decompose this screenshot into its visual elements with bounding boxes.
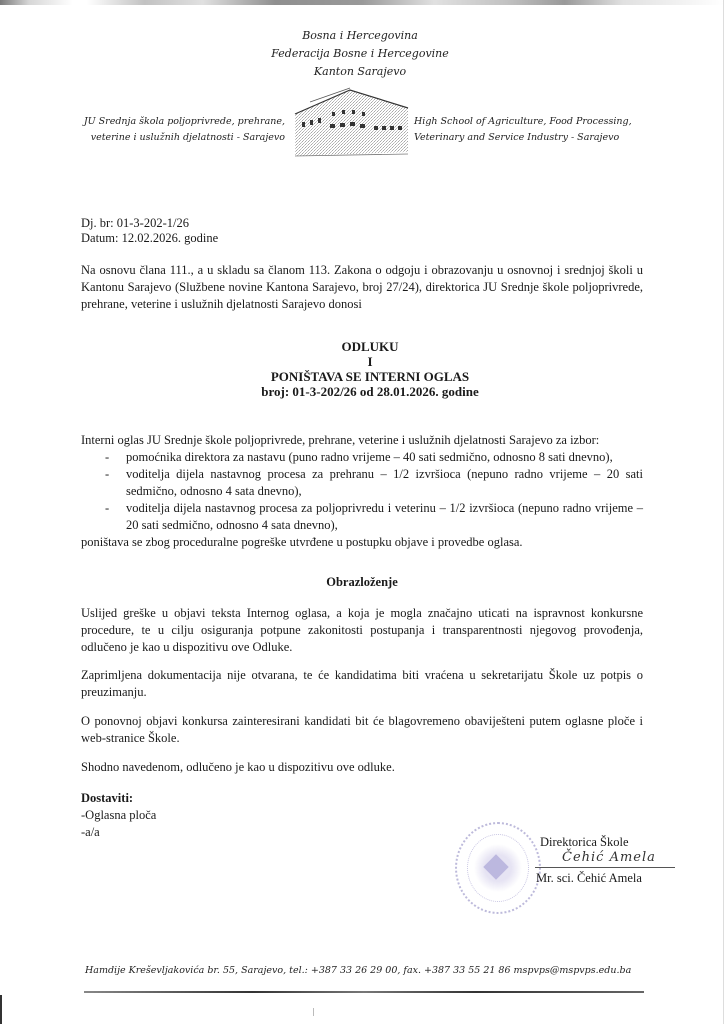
list-item: -pomoćnika direktora za nastavu (puno ra… (81, 449, 643, 466)
title-annulment: PONIŠTAVA SE INTERNI OGLAS (180, 369, 560, 384)
scan-edge-top (0, 0, 724, 5)
delivery-heading: Dostaviti: (81, 790, 156, 807)
document-date: Datum: 12.02.2026. godine (81, 231, 218, 246)
reasoning-heading: Obrazloženje (81, 575, 643, 590)
decision-title: ODLUKU I PONIŠTAVA SE INTERNI OGLAS broj… (180, 339, 560, 399)
bullet-dash-icon: - (105, 449, 109, 466)
reasoning-paragraph-3: O ponovnoj objavi konkursa zainteresiran… (81, 713, 643, 747)
title-conjunction: I (180, 354, 560, 369)
reference-number: Dj. br: 01-3-202-1/26 (81, 216, 218, 231)
school-building-icon (290, 84, 412, 160)
reasoning-paragraph-4: Shodno navedenom, odlučeno je kao u disp… (81, 759, 643, 776)
letterhead-canton: Kanton Sarajevo (200, 63, 520, 81)
school-name-english-line-2: Veterinary and Service Industry - Saraje… (414, 130, 714, 146)
handwritten-signature: Čehić Amela (562, 849, 692, 869)
preamble: Na osnovu člana 111., a u skladu sa član… (81, 262, 643, 313)
signature-block: Direktorica Škole Čehić Amela Mr. sci. Č… (540, 834, 629, 851)
list-item: -voditelja dijela nastavnog procesa za p… (81, 500, 643, 534)
decision-outro: poništava se zbog proceduralne pogreške … (81, 534, 643, 551)
scan-edge-bottom-left (0, 995, 2, 1024)
reasoning-paragraph-1: Uslijed greške u objavi teksta Internog … (81, 605, 643, 656)
list-item: -voditelja dijela nastavnog procesa za p… (81, 466, 643, 500)
bullet-dash-icon: - (105, 466, 109, 483)
position-text: voditelja dijela nastavnog procesa za pr… (126, 467, 643, 498)
letterhead-country: Bosna i Hercegovina (200, 27, 520, 45)
letterhead-authority: Bosna i Hercegovina Federacija Bosne i H… (200, 27, 520, 81)
signatory-name: Mr. sci. Čehić Amela (536, 870, 642, 887)
official-stamp-icon (455, 822, 541, 914)
school-name-local-line-1: JU Srednja škola poljoprivrede, prehrane… (60, 114, 285, 130)
school-name-english-line-1: High School of Agriculture, Food Process… (414, 114, 714, 130)
title-odluku: ODLUKU (180, 339, 560, 354)
footer-address: Hamdije Kreševljakovića br. 55, Sarajevo… (85, 965, 645, 976)
footer-divider (84, 991, 644, 993)
decision-intro: Interni oglas JU Srednje škole poljopriv… (81, 432, 643, 449)
signature-line (535, 867, 675, 868)
decision-body: Interni oglas JU Srednje škole poljopriv… (81, 432, 643, 551)
letterhead-school-name-local: JU Srednja škola poljoprivrede, prehrane… (60, 114, 285, 146)
delivery-item: -a/a (81, 824, 156, 841)
delivery-list: Dostaviti: -Oglasna ploča -a/a (81, 790, 156, 841)
title-ad-number: broj: 01-3-202/26 od 28.01.2026. godine (180, 384, 560, 399)
bullet-dash-icon: - (105, 500, 109, 517)
letterhead-school-name-english: High School of Agriculture, Food Process… (414, 114, 714, 146)
scan-speck (313, 1008, 314, 1016)
position-text: voditelja dijela nastavnog procesa za po… (126, 501, 643, 532)
document-meta: Dj. br: 01-3-202-1/26 Datum: 12.02.2026.… (81, 216, 218, 246)
school-name-local-line-2: veterine i uslužnih djelatnosti - Saraje… (60, 130, 285, 146)
position-list: -pomoćnika direktora za nastavu (puno ra… (81, 449, 643, 534)
position-text: pomoćnika direktora za nastavu (puno rad… (126, 450, 613, 464)
delivery-item: -Oglasna ploča (81, 807, 156, 824)
reasoning-paragraph-2: Zaprimljena dokumentacija nije otvarana,… (81, 667, 643, 701)
letterhead-federation: Federacija Bosne i Hercegovine (200, 45, 520, 63)
